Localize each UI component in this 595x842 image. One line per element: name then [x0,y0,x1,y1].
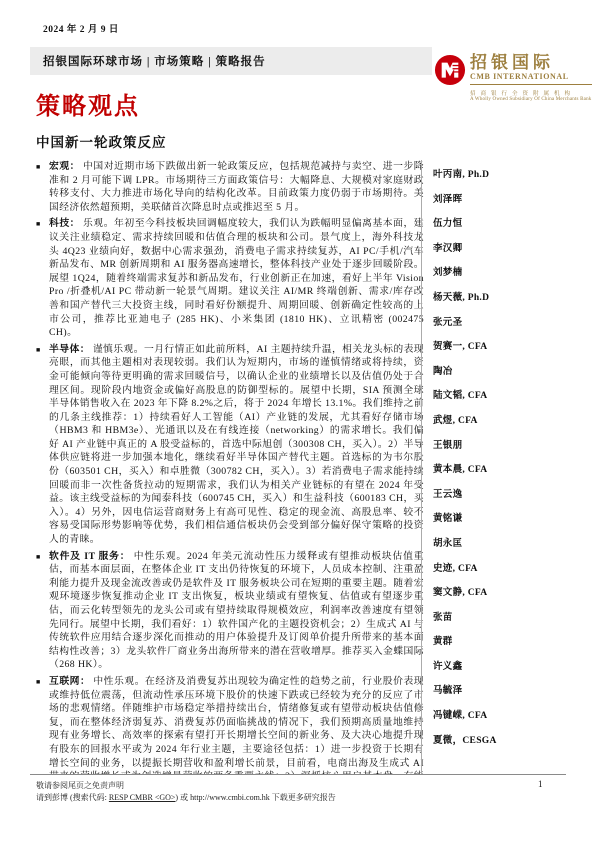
report-page: 2024 年 2 月 9 日 招银国际环球市场 | 市场策略 | 策略报告 招银… [0,0,595,842]
analyst-list: 叶丙南, Ph.D刘泽晖伍力恒李汉卿刘梦楠杨天薇, Ph.D张元圣贺赛一, CF… [433,166,585,756]
bullet-text: 谨慎乐观。一月行情正如此前所料，AI 主题持续升温，相关龙头标的表现亮眼，而其他… [49,344,424,545]
analyst-name: 张苗 [433,609,585,634]
logo-tagline-en: A Wholly Owned Subsidiary Of China Merch… [470,97,592,102]
analyst-name: 史迹, CFA [433,560,585,585]
analyst-name: 王银朋 [433,437,585,462]
analyst-name: 冯键嵘, CFA [433,707,585,732]
bullet-text: 乐观。年初至今科技板块回调幅度较大，我们认为跌幅明显偏离基本面，建议关注业绩稳定… [49,218,424,338]
bullet-label: 宏观： [49,161,83,172]
analyst-name: 武煜, CFA [433,412,585,437]
header-bar: 招银国际环球市场 | 市场策略 | 策略报告 [30,47,432,75]
analyst-name: 马毓泽 [433,682,585,707]
analyst-name: 黄铭谦 [433,510,585,535]
bullet-list: ■宏观： 中国对近期市场下跌做出新一轮政策反应，包括规范减持与卖空、进一步降准和… [36,160,424,774]
analyst-name: 张元圣 [433,314,585,339]
bullet-item: ■宏观： 中国对近期市场下跌做出新一轮政策反应，包括规范减持与卖空、进一步降准和… [36,160,424,214]
footer-divider [30,774,566,775]
report-body: ■宏观： 中国对近期市场下跌做出新一轮政策反应，包括规范减持与卖空、进一步降准和… [36,160,424,774]
analyst-name: 刘梦楠 [433,264,585,289]
analyst-name: 王云逸 [433,486,585,511]
report-subtitle: 中国新一轮政策反应 [36,131,167,151]
analyst-name: 夏微，CESGA [433,732,585,757]
footer-download-suffix: 下载更多研究报告 [270,793,336,802]
logo-tagline-cn: 招商银行全资附属机构 [470,89,592,97]
logo-en-name: CMB INTERNATIONAL [470,72,592,85]
analyst-name: 陶冶 [433,363,585,388]
page-number: 1 [538,779,543,789]
cmb-logo-icon [434,54,466,86]
sidebar-divider [421,160,422,774]
analyst-name: 李汉卿 [433,240,585,265]
analyst-name: 刘泽晖 [433,191,585,216]
footer-download-line: 请到彭博 (搜索代码: RESP CMBR <GO>) 或 http://www… [36,792,456,804]
header-breadcrumb: 招银国际环球市场 | 市场策略 | 策略报告 [43,53,266,69]
bullet-text: 中国对近期市场下跌做出新一轮政策反应，包括规范减持与卖空、进一步降准和 2 月可… [49,161,424,213]
analyst-name: 黄群 [433,633,585,658]
cmbi-logo: 招银国际 CMB INTERNATIONAL 招商银行全资附属机构 A Whol… [434,54,590,102]
bullet-item: ■半导体： 谨慎乐观。一月行情正如此前所料，AI 主题持续升温，相关龙头标的表现… [36,343,424,547]
analyst-name: 胡永匡 [433,535,585,560]
page-title: 策略观点 [36,86,140,121]
analyst-name: 伍力恒 [433,215,585,240]
analyst-name: 许义鑫 [433,658,585,683]
analyst-name: 贺赛一, CFA [433,338,585,363]
bullet-item: ■软件及 IT 服务： 中性乐观。2024 年美元流动性压力缓释或有望推动板块估… [36,550,424,672]
analyst-name: 黄本晨, CFA [433,461,585,486]
analyst-sidebar: 叶丙南, Ph.D刘泽晖伍力恒李汉卿刘梦楠杨天薇, Ph.D张元圣贺赛一, CF… [433,166,585,756]
bullet-square-icon: ■ [36,218,40,232]
bullet-label: 互联网： [49,676,93,687]
bullet-label: 软件及 IT 服务： [49,551,134,562]
bullet-item: ■互联网： 中性乐观。在经济及消费复苏出现较为确定性的趋势之前，行业股价表现或维… [36,675,424,774]
footer-disclaimer: 敬请参阅尾页之免责声明 [36,780,456,792]
bullet-square-icon: ■ [36,344,40,358]
bullet-text: 中性乐观。2024 年美元流动性压力缓释或有望推动板块估值重估，而基本面层面，在… [49,551,424,671]
bullet-text: 中性乐观。在经济及消费复苏出现较为确定性的趋势之前，行业股价表现或维持低位震荡，… [49,676,424,774]
footer-download-prefix: 请到彭博 (搜索代码: [36,793,109,802]
bullet-item: ■科技： 乐观。年初至今科技板块回调幅度较大，我们认为跌幅明显偏离基本面，建议关… [36,217,424,339]
analyst-name: 陆文韬, CFA [433,387,585,412]
logo-cn-name: 招银国际 [470,54,592,72]
analyst-name: 叶丙南, Ph.D [433,166,585,191]
bullet-square-icon: ■ [36,551,40,565]
analyst-name: 杨天薇, Ph.D [433,289,585,314]
cmbi-website-link[interactable]: http://www.cmbi.com.hk [190,793,270,802]
bullet-label: 半导体： [49,344,93,355]
bullet-square-icon: ■ [36,161,40,175]
bullet-square-icon: ■ [36,676,40,690]
footer: 敬请参阅尾页之免责声明 请到彭博 (搜索代码: RESP CMBR <GO>) … [36,780,456,803]
bullet-label: 科技： [49,218,83,229]
footer-download-mid: ) 或 [175,793,190,802]
bloomberg-code-link[interactable]: RESP CMBR <GO> [109,793,176,802]
analyst-name: 窦文静, CFA [433,584,585,609]
report-date: 2024 年 2 月 9 日 [43,21,119,35]
